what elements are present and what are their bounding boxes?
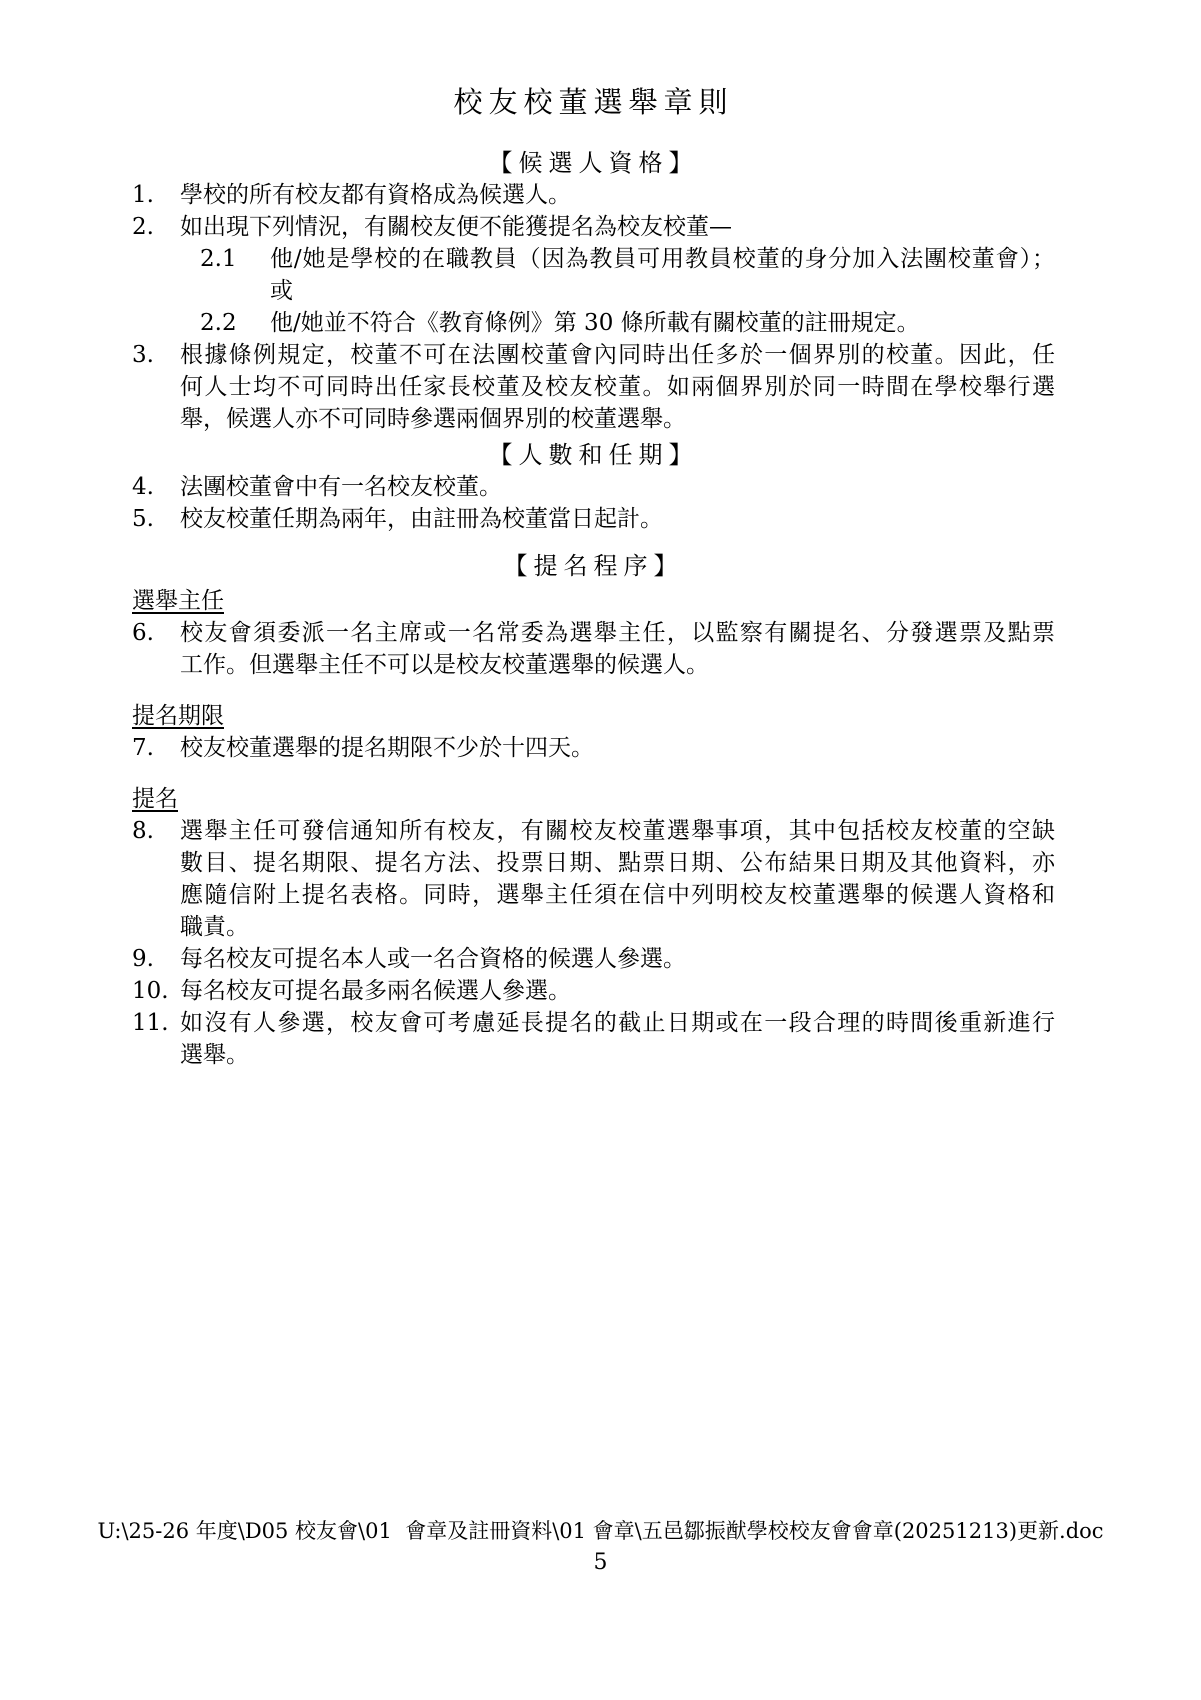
item-text-2: 如出現下列情況，有關校友便不能獲提名為校友校董—	[180, 211, 1055, 243]
item-number-8: 8.	[132, 815, 180, 943]
subheading-returning-officer: 選舉主任	[132, 585, 1055, 617]
item-text-4: 法團校董會中有一名校友校董。	[180, 471, 1055, 503]
item-text-7: 校友校董選舉的提名期限不少於十四天。	[180, 732, 1055, 764]
item-number-1: 1.	[132, 179, 180, 211]
section-heading-number-and-term: 【人數和任期】	[132, 439, 1055, 471]
item-number-11: 11.	[132, 1007, 180, 1071]
item-number-7: 7.	[132, 732, 180, 764]
subheading-nomination-period: 提名期限	[132, 700, 1055, 732]
item-text-1: 學校的所有校友都有資格成為候選人。	[180, 179, 1055, 211]
list-item-10: 10. 每名校友可提名最多兩名候選人參選。	[132, 975, 1055, 1007]
item-text-3: 根據條例規定，校董不可在法團校董會內同時出任多於一個界別的校董。因此，任何人士均…	[180, 339, 1055, 435]
item-number-2-1: 2.1	[200, 243, 270, 307]
list-item-7: 7. 校友校董選舉的提名期限不少於十四天。	[132, 732, 1055, 764]
item-number-3: 3.	[132, 339, 180, 435]
section-heading-nomination-procedure: 【提名程序】	[132, 550, 1055, 582]
list-item-4: 4. 法團校董會中有一名校友校董。	[132, 471, 1055, 503]
list-item-6: 6. 校友會須委派一名主席或一名常委為選舉主任，以監察有關提名、分發選票及點票工…	[132, 617, 1055, 681]
section-heading-candidate-eligibility: 【候選人資格】	[132, 147, 1055, 179]
item-text-2-1: 他/她是學校的在職教員（因為教員可用教員校董的身分加入法團校董會）；或	[270, 243, 1055, 307]
list-item-11: 11. 如沒有人參選，校友會可考慮延長提名的截止日期或在一段合理的時間後重新進行…	[132, 1007, 1055, 1071]
list-item-9: 9. 每名校友可提名本人或一名合資格的候選人參選。	[132, 943, 1055, 975]
item-number-2-2: 2.2	[200, 307, 270, 339]
footer-file-path: U:\25-26 年度\D05 校友會\01 會章及註冊資料\01 會章\五邑鄒…	[0, 1516, 1201, 1546]
item-number-9: 9.	[132, 943, 180, 975]
list-item-5: 5. 校友校董任期為兩年，由註冊為校董當日起計。	[132, 503, 1055, 535]
item-text-9: 每名校友可提名本人或一名合資格的候選人參選。	[180, 943, 1055, 975]
item-text-8: 選舉主任可發信通知所有校友，有關校友校董選舉事項，其中包括校友校董的空缺數目、提…	[180, 815, 1055, 943]
page-number: 5	[0, 1548, 1201, 1578]
list-item-2-2: 2.2 他/她並不符合《教育條例》第 30 條所載有關校董的註冊規定。	[132, 307, 1055, 339]
item-text-6: 校友會須委派一名主席或一名常委為選舉主任，以監察有關提名、分發選票及點票工作。但…	[180, 617, 1055, 681]
item-number-4: 4.	[132, 471, 180, 503]
item-number-6: 6.	[132, 617, 180, 681]
list-item-1: 1. 學校的所有校友都有資格成為候選人。	[132, 179, 1055, 211]
item-number-10: 10.	[132, 975, 180, 1007]
list-item-2-1: 2.1 他/她是學校的在職教員（因為教員可用教員校董的身分加入法團校董會）；或	[132, 243, 1055, 307]
item-text-5: 校友校董任期為兩年，由註冊為校董當日起計。	[180, 503, 1055, 535]
list-item-3: 3. 根據條例規定，校董不可在法團校董會內同時出任多於一個界別的校董。因此，任何…	[132, 339, 1055, 435]
document-page: 校友校董選舉章則 【候選人資格】 1. 學校的所有校友都有資格成為候選人。 2.…	[0, 0, 1201, 1700]
item-text-10: 每名校友可提名最多兩名候選人參選。	[180, 975, 1055, 1007]
item-number-5: 5.	[132, 503, 180, 535]
subheading-nomination: 提名	[132, 783, 1055, 815]
list-item-8: 8. 選舉主任可發信通知所有校友，有關校友校董選舉事項，其中包括校友校董的空缺數…	[132, 815, 1055, 943]
item-text-2-2: 他/她並不符合《教育條例》第 30 條所載有關校董的註冊規定。	[270, 307, 1055, 339]
document-title: 校友校董選舉章則	[132, 84, 1055, 120]
list-item-2: 2. 如出現下列情況，有關校友便不能獲提名為校友校董—	[132, 211, 1055, 243]
item-number-2: 2.	[132, 211, 180, 243]
item-text-11: 如沒有人參選，校友會可考慮延長提名的截止日期或在一段合理的時間後重新進行選舉。	[180, 1007, 1055, 1071]
